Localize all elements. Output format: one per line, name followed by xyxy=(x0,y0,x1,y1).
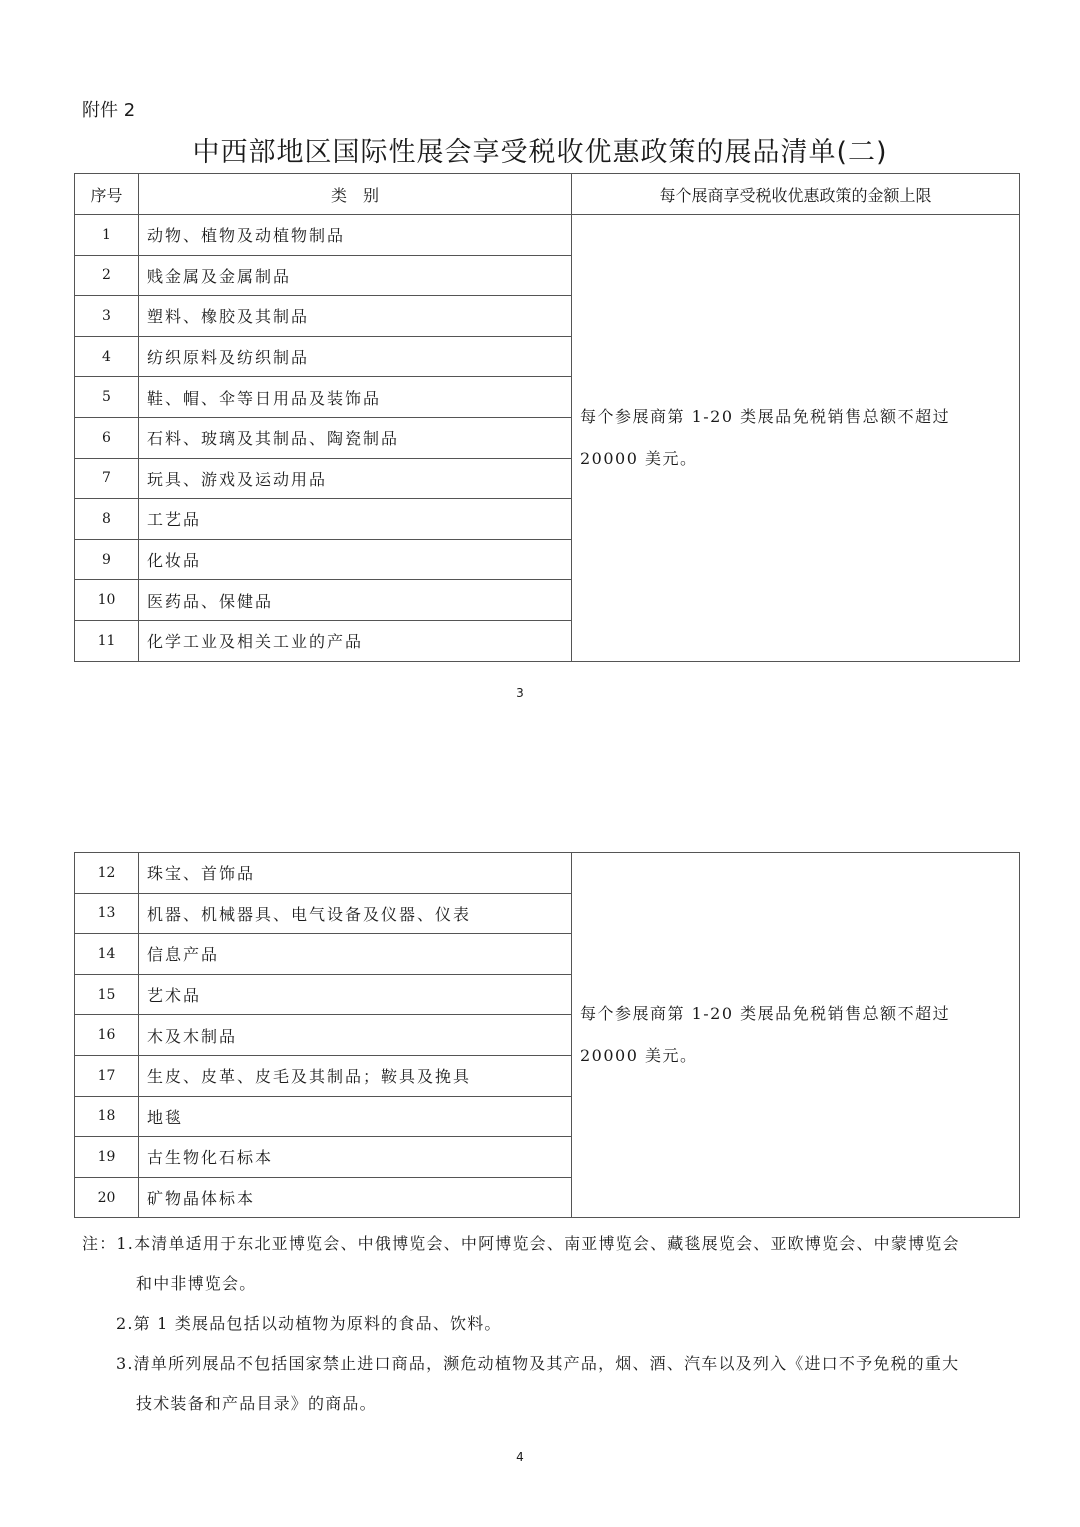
limit-cell: 每个参展商第 1-20 类展品免税销售总额不超过 20000 美元。 xyxy=(572,215,1020,662)
row-category: 生皮、皮革、皮毛及其制品；鞍具及挽具 xyxy=(139,1055,572,1096)
row-number: 7 xyxy=(75,458,139,499)
row-number: 12 xyxy=(75,853,139,894)
row-number: 4 xyxy=(75,336,139,377)
note-1-cont: 和中非博览会。 xyxy=(82,1264,1022,1304)
row-category: 珠宝、首饰品 xyxy=(139,853,572,894)
row-category: 塑料、橡胶及其制品 xyxy=(139,296,572,337)
exhibit-table-page-3: 序号 类 别 每个展商享受税收优惠政策的金额上限 1动物、植物及动植物制品每个参… xyxy=(74,173,1020,662)
table-header-row: 序号 类 别 每个展商享受税收优惠政策的金额上限 xyxy=(75,174,1020,215)
header-limit: 每个展商享受税收优惠政策的金额上限 xyxy=(572,174,1020,215)
row-number: 11 xyxy=(75,620,139,661)
row-number: 6 xyxy=(75,417,139,458)
row-number: 2 xyxy=(75,255,139,296)
row-number: 1 xyxy=(75,215,139,256)
row-category: 化妆品 xyxy=(139,539,572,580)
row-number: 17 xyxy=(75,1055,139,1096)
row-category: 木及木制品 xyxy=(139,1015,572,1056)
document-title: 中西部地区国际性展会享受税收优惠政策的展品清单(二) xyxy=(0,130,1080,169)
row-number: 16 xyxy=(75,1015,139,1056)
row-category: 矿物晶体标本 xyxy=(139,1177,572,1218)
row-number: 15 xyxy=(75,974,139,1015)
page-number-3: 3 xyxy=(0,686,1040,700)
notes-prefix: 注： xyxy=(82,1234,116,1253)
row-category: 贱金属及金属制品 xyxy=(139,255,572,296)
row-number: 18 xyxy=(75,1096,139,1137)
limit-cell: 每个参展商第 1-20 类展品免税销售总额不超过 20000 美元。 xyxy=(572,853,1020,1218)
row-category: 古生物化石标本 xyxy=(139,1137,572,1178)
row-number: 20 xyxy=(75,1177,139,1218)
row-number: 3 xyxy=(75,296,139,337)
row-category: 信息产品 xyxy=(139,934,572,975)
page-number-4: 4 xyxy=(0,1450,1040,1464)
header-category: 类 别 xyxy=(139,174,572,215)
row-category: 艺术品 xyxy=(139,974,572,1015)
row-number: 14 xyxy=(75,934,139,975)
row-category: 石料、玻璃及其制品、陶瓷制品 xyxy=(139,417,572,458)
row-category: 地毯 xyxy=(139,1096,572,1137)
row-category: 医药品、保健品 xyxy=(139,580,572,621)
row-category: 机器、机械器具、电气设备及仪器、仪表 xyxy=(139,893,572,934)
note-3-cont: 技术装备和产品目录》的商品。 xyxy=(82,1384,1022,1424)
row-category: 纺织原料及纺织制品 xyxy=(139,336,572,377)
table-row: 1动物、植物及动植物制品每个参展商第 1-20 类展品免税销售总额不超过 200… xyxy=(75,215,1020,256)
note-3: 3.清单所列展品不包括国家禁止进口商品，濒危动植物及其产品，烟、酒、汽车以及列入… xyxy=(82,1344,1022,1384)
row-number: 19 xyxy=(75,1137,139,1178)
attachment-label: 附件 2 xyxy=(82,96,135,122)
row-category: 工艺品 xyxy=(139,499,572,540)
row-number: 9 xyxy=(75,539,139,580)
note-2: 2.第 1 类展品包括以动植物为原料的食品、饮料。 xyxy=(82,1304,1022,1344)
note-1: 1.本清单适用于东北亚博览会、中俄博览会、中阿博览会、南亚博览会、藏毯展览会、亚… xyxy=(116,1234,959,1253)
row-number: 10 xyxy=(75,580,139,621)
row-number: 8 xyxy=(75,499,139,540)
table-row: 12珠宝、首饰品每个参展商第 1-20 类展品免税销售总额不超过 20000 美… xyxy=(75,853,1020,894)
row-category: 玩具、游戏及运动用品 xyxy=(139,458,572,499)
exhibit-table-page-4: 12珠宝、首饰品每个参展商第 1-20 类展品免税销售总额不超过 20000 美… xyxy=(74,852,1020,1218)
header-number: 序号 xyxy=(75,174,139,215)
row-category: 鞋、帽、伞等日用品及装饰品 xyxy=(139,377,572,418)
row-number: 13 xyxy=(75,893,139,934)
row-category: 化学工业及相关工业的产品 xyxy=(139,620,572,661)
notes-section: 注：1.本清单适用于东北亚博览会、中俄博览会、中阿博览会、南亚博览会、藏毯展览会… xyxy=(82,1224,1022,1424)
row-category: 动物、植物及动植物制品 xyxy=(139,215,572,256)
row-number: 5 xyxy=(75,377,139,418)
